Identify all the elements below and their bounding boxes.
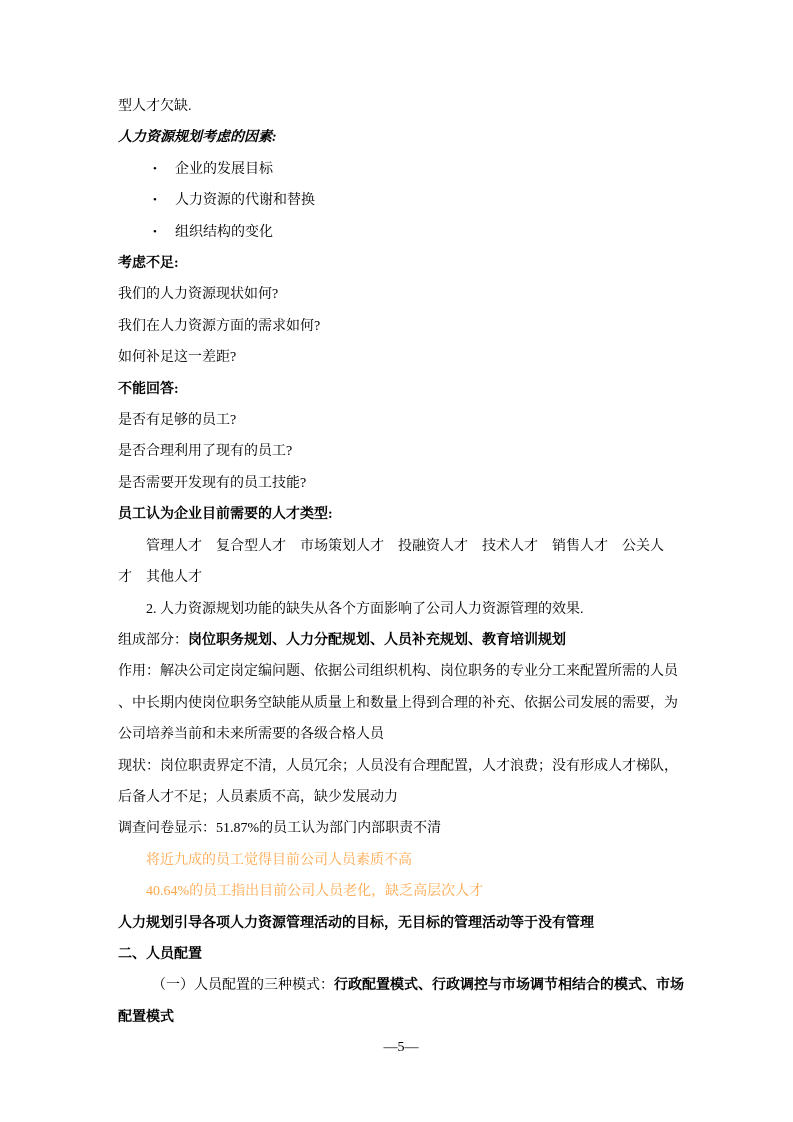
bullet-icon: •: [153, 154, 157, 185]
components-label: 组成部分：: [118, 633, 188, 648]
page-number: —5—: [384, 1040, 419, 1055]
question-line-current-status: 我们的人力资源现状如何?: [118, 279, 684, 310]
question-line-hr-demand: 我们在人力资源方面的需求如何?: [118, 311, 684, 342]
components-value: 岗位职务规划、人力分配规划、人员补充规划、教育培训规划: [188, 633, 566, 648]
function-line: 作用：解决公司定岗定编问题、依据公司组织机构、岗位职务的专业分工来配置所需的人员…: [118, 656, 684, 750]
talent-type-list: 管理人才 复合型人才 市场策划人才 投融资人才 技术人才 销售人才 公关人 才 …: [118, 531, 684, 594]
page-footer: —5—: [118, 1039, 684, 1057]
heading-planning-factors: 人力资源规划考虑的因素:: [118, 122, 684, 153]
question-line-skill-development: 是否需要开发现有的员工技能?: [118, 468, 684, 499]
para-carryover: 型人才欠缺.: [118, 91, 684, 122]
heading-cannot-answer: 不能回答:: [118, 374, 684, 405]
bullet-text: 企业的发展目标: [175, 162, 273, 177]
bullet-item-development-goals: •企业的发展目标: [118, 154, 684, 185]
staffing-modes-label: （一）人员配置的三种模式：: [152, 978, 334, 993]
survey-highlight-quality: 将近九成的员工觉得目前公司人员素质不高: [118, 845, 684, 876]
survey-highlight-aging: 40.64%的员工指出目前公司人员老化，缺乏高层次人才: [118, 876, 684, 907]
heading-needed-talent-types: 员工认为企业目前需要的人才类型:: [118, 499, 684, 530]
question-line-fill-gap: 如何补足这一差距?: [118, 342, 684, 373]
carryover-text: 型人才欠缺.: [118, 99, 192, 114]
numbered-point-2: 2. 人力资源规划功能的缺失从各个方面影响了公司人力资源管理的效果.: [118, 594, 684, 625]
heading-consideration-gap: 考虑不足:: [118, 248, 684, 279]
staffing-modes-line: （一）人员配置的三种模式：行政配置模式、行政调控与市场调节相结合的模式、市场 配…: [118, 970, 684, 1033]
conclusion-line: 人力规划引导各项人力资源管理活动的目标，无目标的管理活动等于没有管理: [118, 908, 684, 939]
question-line-staff-utilization: 是否合理利用了现有的员工?: [118, 436, 684, 467]
bullet-item-org-structure: •组织结构的变化: [118, 217, 684, 248]
bullet-item-hr-turnover: •人力资源的代谢和替换: [118, 185, 684, 216]
section-heading-staffing: 二、人员配置: [118, 939, 684, 970]
components-line: 组成部分：岗位职务规划、人力分配规划、人员补充规划、教育培训规划: [118, 625, 684, 656]
bullet-text: 组织结构的变化: [175, 225, 273, 240]
question-line-enough-staff: 是否有足够的员工?: [118, 405, 684, 436]
survey-line: 调查问卷显示：51.87%的员工认为部门内部职责不清: [118, 813, 684, 844]
status-line: 现状：岗位职责界定不清，人员冗余；人员没有合理配置，人才浪费；没有形成人才梯队，…: [118, 751, 684, 814]
page-body: 型人才欠缺. 人力资源规划考虑的因素: •企业的发展目标 •人力资源的代谢和替换…: [118, 91, 684, 1033]
bullet-text: 人力资源的代谢和替换: [175, 193, 315, 208]
bullet-icon: •: [153, 217, 157, 248]
bullet-icon: •: [153, 185, 157, 216]
